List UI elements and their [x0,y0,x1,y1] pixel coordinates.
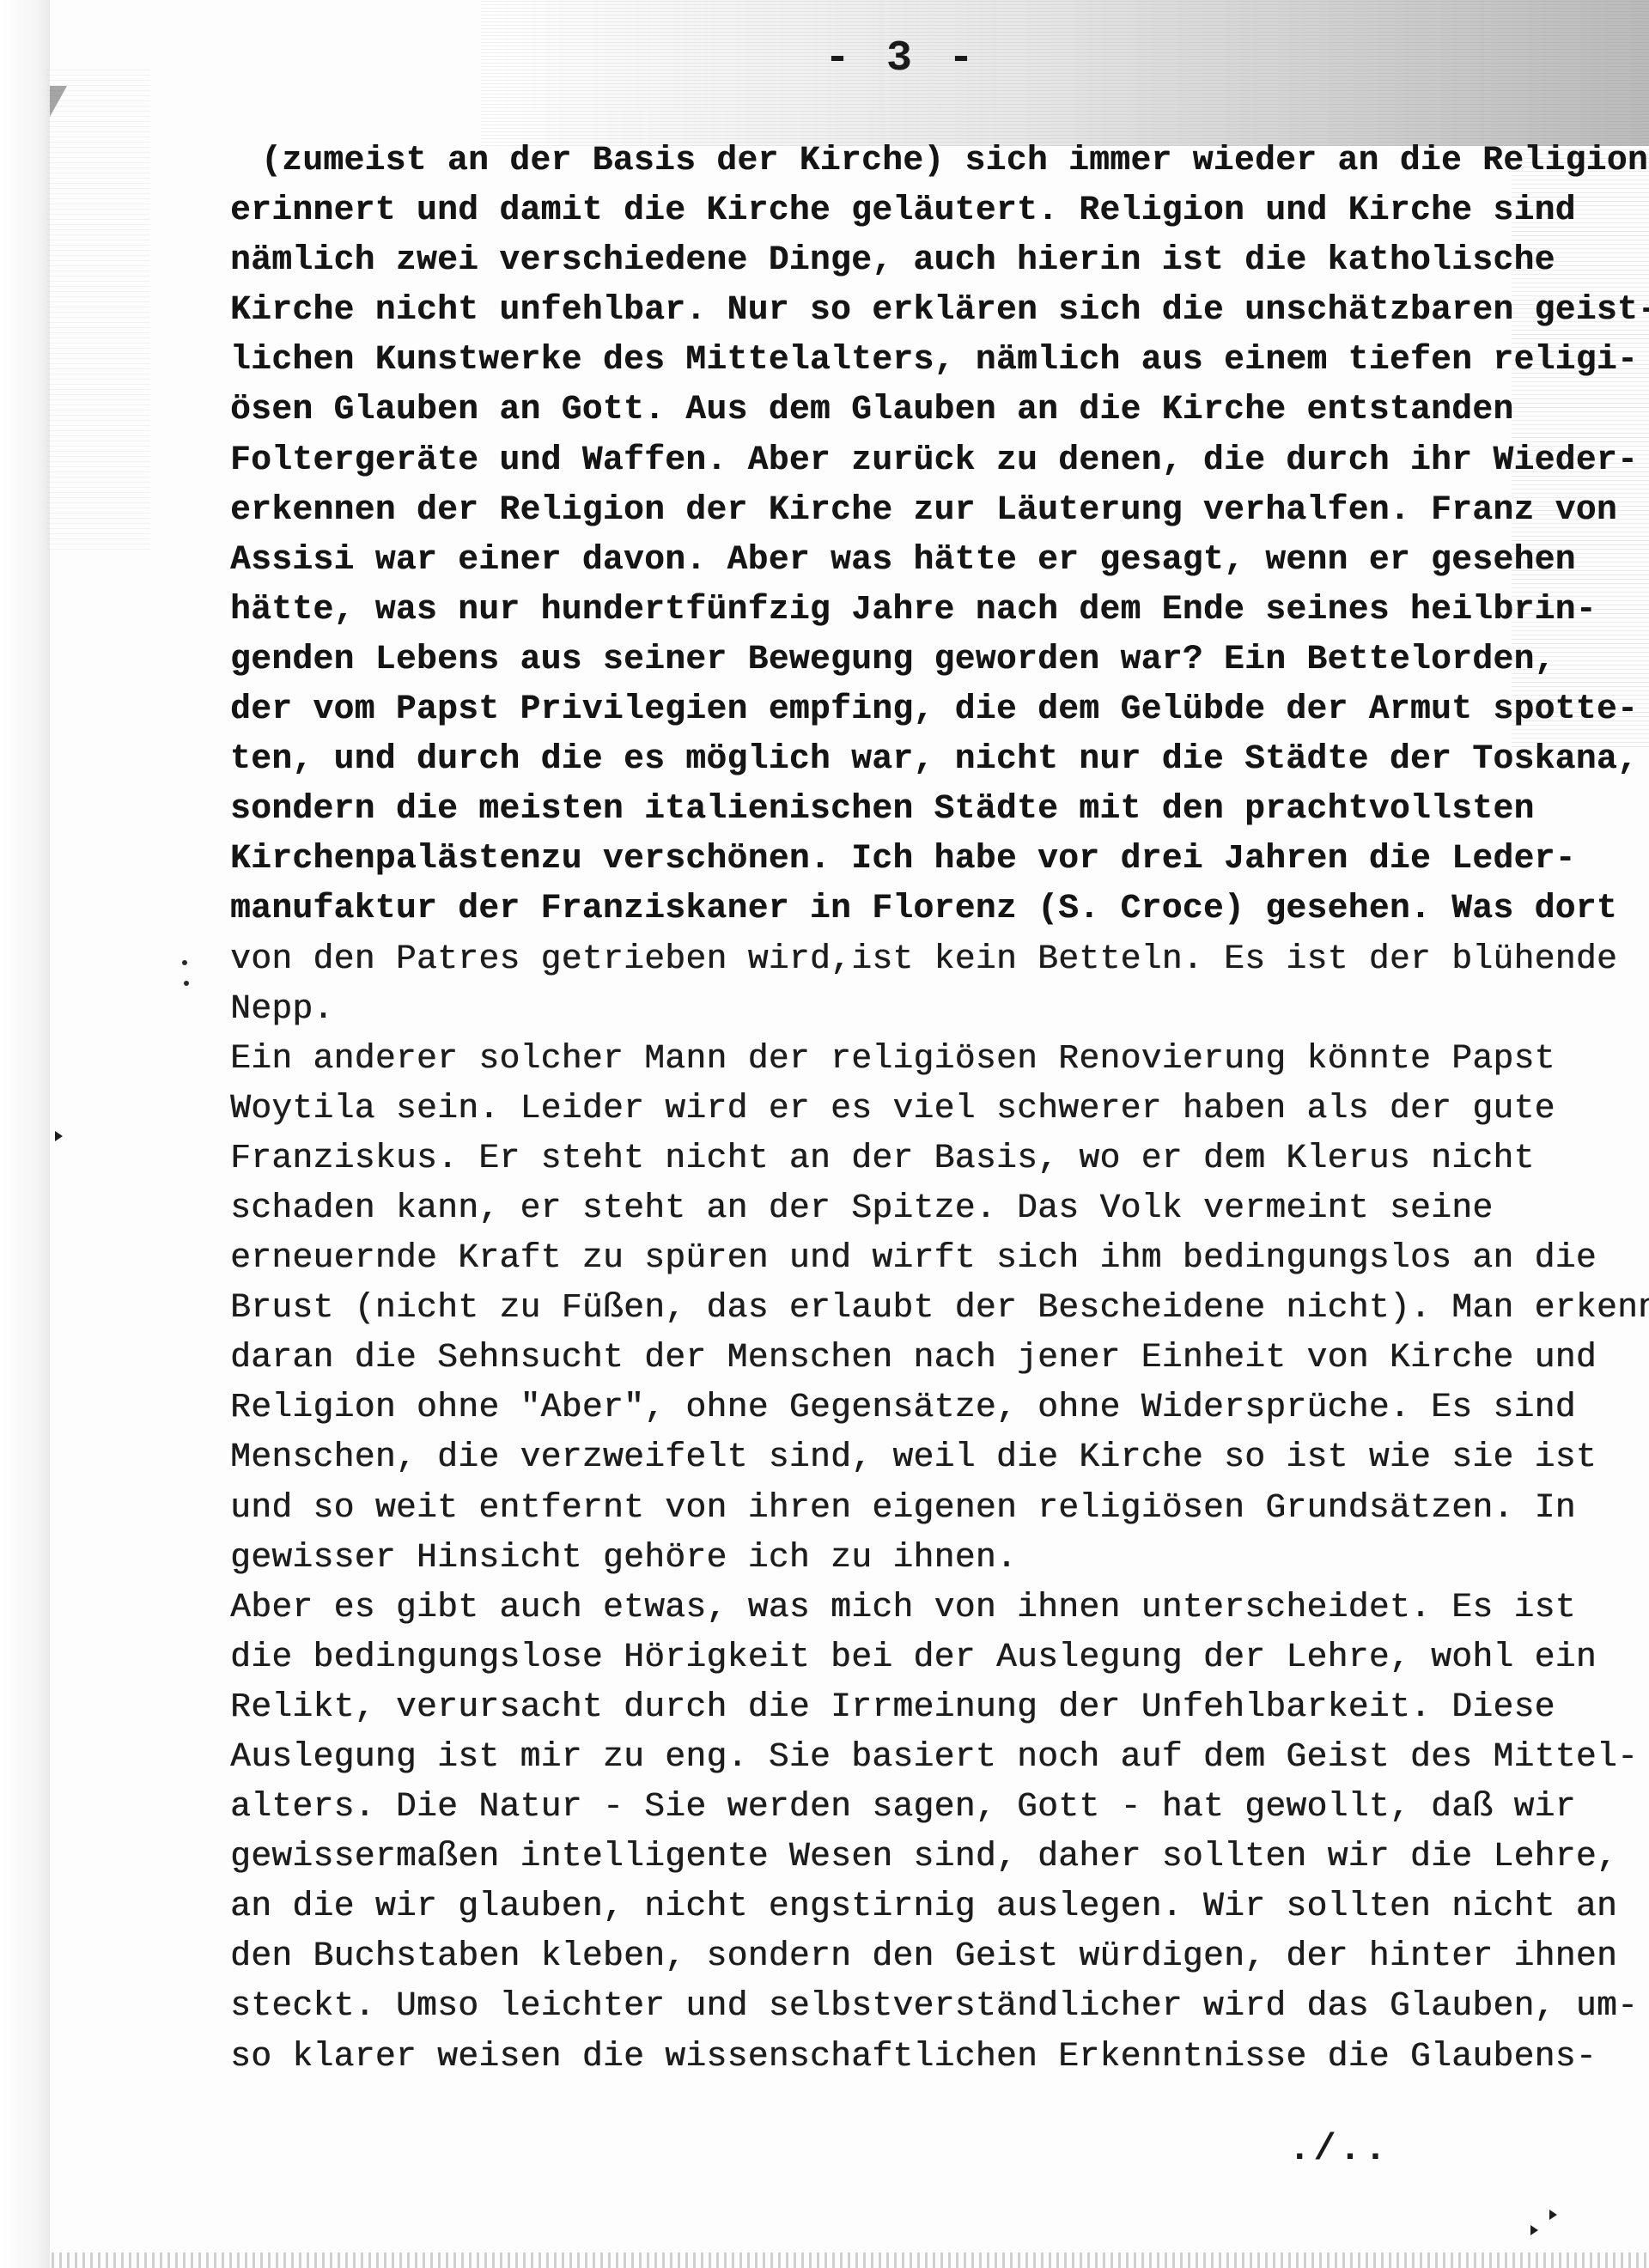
text-line: gewisser Hinsicht gehöre ich zu ihnen. [230,1533,1649,1583]
text-line: und so weit entfernt von ihren eigenen r… [230,1483,1649,1533]
text-line: Franziskus. Er steht nicht an der Basis,… [230,1134,1649,1183]
stray-dot [182,960,187,965]
text-line: steckt. Umso leichter und selbstverständ… [230,1981,1649,2031]
scanned-page: - 3 - (zumeist an der Basis der Kirche) … [0,0,1649,2268]
text-line: hätte, was nur hundertfünfzig Jahre nach… [230,585,1649,635]
text-line: die bedingungslose Hörigkeit bei der Aus… [230,1633,1649,1682]
scan-noise-top [481,0,1649,146]
stray-mark [55,1131,63,1141]
text-line: an die wir glauben, nicht engstirnig aus… [230,1882,1649,1931]
text-line: Auslegung ist mir zu eng. Sie basiert no… [230,1732,1649,1782]
stray-mark [1530,2225,1538,2235]
text-line: lichen Kunstwerke des Mittelalters, näml… [230,335,1649,385]
text-line: Menschen, die verzweifelt sind, weil die… [230,1432,1649,1482]
text-line: von den Patres getrieben wird,ist kein B… [230,934,1649,984]
stray-dot [184,981,189,986]
text-line: der vom Papst Privilegien empfing, die d… [230,684,1649,734]
text-line: so klarer weisen die wissenschaftlichen … [230,2032,1649,2082]
text-line: Ein anderer solcher Mann der religiösen … [230,1034,1649,1084]
text-line: Kirche nicht unfehlbar. Nur so erklären … [230,285,1649,335]
corner-fold-mark [50,86,67,117]
text-line: Assisi war einer davon. Aber was hätte e… [230,535,1649,585]
page-number: - 3 - [824,34,979,83]
page-left-edge [0,0,50,2268]
text-line: nämlich zwei verschiedene Dinge, auch hi… [230,235,1649,285]
text-line: Aber es gibt auch etwas, was mich von ih… [230,1583,1649,1633]
text-line: den Buchstaben kleben, sondern den Geist… [230,1931,1649,1981]
text-line: Foltergeräte und Waffen. Aber zurück zu … [230,435,1649,485]
text-line: Relikt, verursacht durch die Irrmeinung … [230,1682,1649,1732]
text-line: Woytila sein. Leider wird er es viel sch… [230,1084,1649,1134]
scan-noise-bottom [52,2253,1649,2268]
continuation-mark: ./.. [1288,2128,1390,2171]
scan-noise-left [47,69,150,550]
text-line: alters. Die Natur - Sie werden sagen, Go… [230,1782,1649,1832]
text-line: schaden kann, er steht an der Spitze. Da… [230,1183,1649,1233]
text-line: ten, und durch die es möglich war, nicht… [230,734,1649,784]
text-line: erinnert und damit die Kirche geläutert.… [230,185,1649,235]
text-line: Religion ohne "Aber", ohne Gegensätze, o… [230,1383,1649,1432]
text-line: Nepp. [230,984,1649,1034]
text-line: sondern die meisten italienischen Städte… [230,784,1649,834]
text-line: daran die Sehnsucht der Menschen nach je… [230,1333,1649,1383]
text-line: manufaktur der Franziskaner in Florenz (… [230,884,1649,933]
typewritten-body: (zumeist an der Basis der Kirche) sich i… [230,136,1649,2082]
text-line: erneuernde Kraft zu spüren und wirft sic… [230,1233,1649,1283]
text-line: gewissermaßen intelligente Wesen sind, d… [230,1832,1649,1882]
stray-mark [1549,2210,1557,2220]
text-line: Kirchenpalästenzu verschönen. Ich habe v… [230,834,1649,884]
text-line: Brust (nicht zu Füßen, das erlaubt der B… [230,1283,1649,1333]
text-line: (zumeist an der Basis der Kirche) sich i… [230,136,1649,185]
text-line: ösen Glauben an Gott. Aus dem Glauben an… [230,385,1649,435]
text-line: erkennen der Religion der Kirche zur Läu… [230,485,1649,535]
text-line: genden Lebens aus seiner Bewegung geword… [230,635,1649,684]
